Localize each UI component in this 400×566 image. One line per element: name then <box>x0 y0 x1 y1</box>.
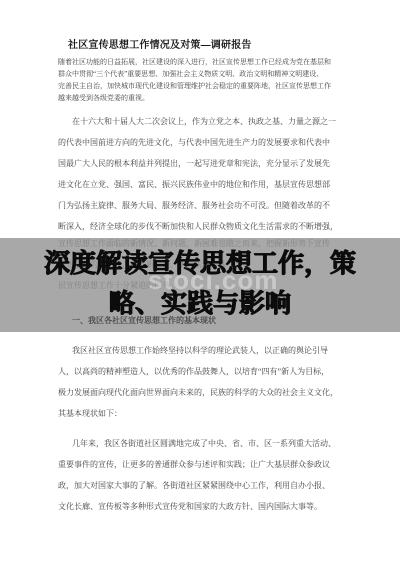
overlay-headline-line2: 略、实践与影响 <box>0 283 400 323</box>
overlay-headline-line1: 深度解读宣传思想工作，策 <box>0 243 400 283</box>
text-line: 政，加大对国家大事的了解。各街道社区紧紧围绕中心工作，利用自办小报、 <box>58 475 342 496</box>
text-line: 文化长廊、宣传板等多种形式宣传党和国家的大政方针、国内国际大事等。 <box>58 496 342 517</box>
text-line: 人，以高尚的精神塑造人，以优秀的作品鼓舞人，以培育“四有”新人为目标， <box>58 361 342 382</box>
text-line: 重要事件的宣传，让更多的普通群众参与述评和实践；让广大基层群众参政议 <box>58 454 342 475</box>
page-title: 社区宣传思想工作情况及对策—调研报告 <box>68 36 252 51</box>
overlay-headline: 深度解读宣传思想工作，策 略、实践与影响 <box>0 243 400 323</box>
text-line: 随着社区功能的日益拓展，社区建设的深入进行，社区宣传思想工作已经成为党在基层和 <box>58 56 342 68</box>
headline-overlay-banner: 宣传思想工作面临的新情况、新问题、新困难也随之而来，把握新形势下宣传思想工作的新… <box>0 238 400 332</box>
text-line: 越来越受到各级党委的重视。 <box>58 92 342 104</box>
text-line: 我区社区宣传思想工作始终坚持以科学的理论武装人，以正确的舆论引导 <box>58 340 342 361</box>
abstract-paragraph: 随着社区功能的日益拓展，社区建设的深入进行，社区宣传思想工作已经成为党在基层和群… <box>58 56 342 104</box>
body-paragraph-2: 在十六大和十届人大二次会议上，作为立党之本、执政之基、力量之源之一的代表中国前进… <box>58 111 342 237</box>
text-line: 在十六大和十届人大二次会议上，作为立党之本、执政之基、力量之源之一 <box>58 111 342 132</box>
text-line: 进文化在立党、强国、富民、振兴民族伟业中的地位和作用，基层宣传思想部 <box>58 174 342 195</box>
text-line: 断深入，经济全球化的步伐不断加快和人民群众物质文化生活需求的不断增强， <box>58 216 342 237</box>
text-line: 极力发展面向现代化面向世界面向未来的，民族的科学的大众的社会主义文化， <box>58 382 342 403</box>
text-line: 门为弘扬主旋律、服务大局、服务经济、服务社会功不可没。但随着改革的不 <box>58 195 342 216</box>
text-line: 群众中贯彻“三个代表”重要思想、加强社会主义物质文明、政治文明和精神文明建设、 <box>58 68 342 80</box>
text-line: 国最广大人民的根本利益并列提出，一起写进党章和宪法，充分显示了发展先 <box>58 153 342 174</box>
document-page: 社区宣传思想工作情况及对策—调研报告 随着社区功能的日益拓展，社区建设的深入进行… <box>0 0 400 566</box>
body-paragraph-4: 几年来，我区各街道社区圆满地完成了中央、省、市、区一系列重大活动、重要事件的宣传… <box>58 433 342 517</box>
body-paragraph-3: 我区社区宣传思想工作始终坚持以科学的理论武装人，以正确的舆论引导人，以高尚的精神… <box>58 340 342 424</box>
text-line: 几年来，我区各街道社区圆满地完成了中央、省、市、区一系列重大活动、 <box>58 433 342 454</box>
text-line: 其基本现状如下： <box>58 403 342 424</box>
text-line: 完善民主自治，加快城市现代化建设和管理维护社会稳定的重要阵地，社区宣传思想工作 <box>58 80 342 92</box>
text-line: 的代表中国前进方向的先进文化，与代表中国先进生产力的发展要求和代表中 <box>58 132 342 153</box>
